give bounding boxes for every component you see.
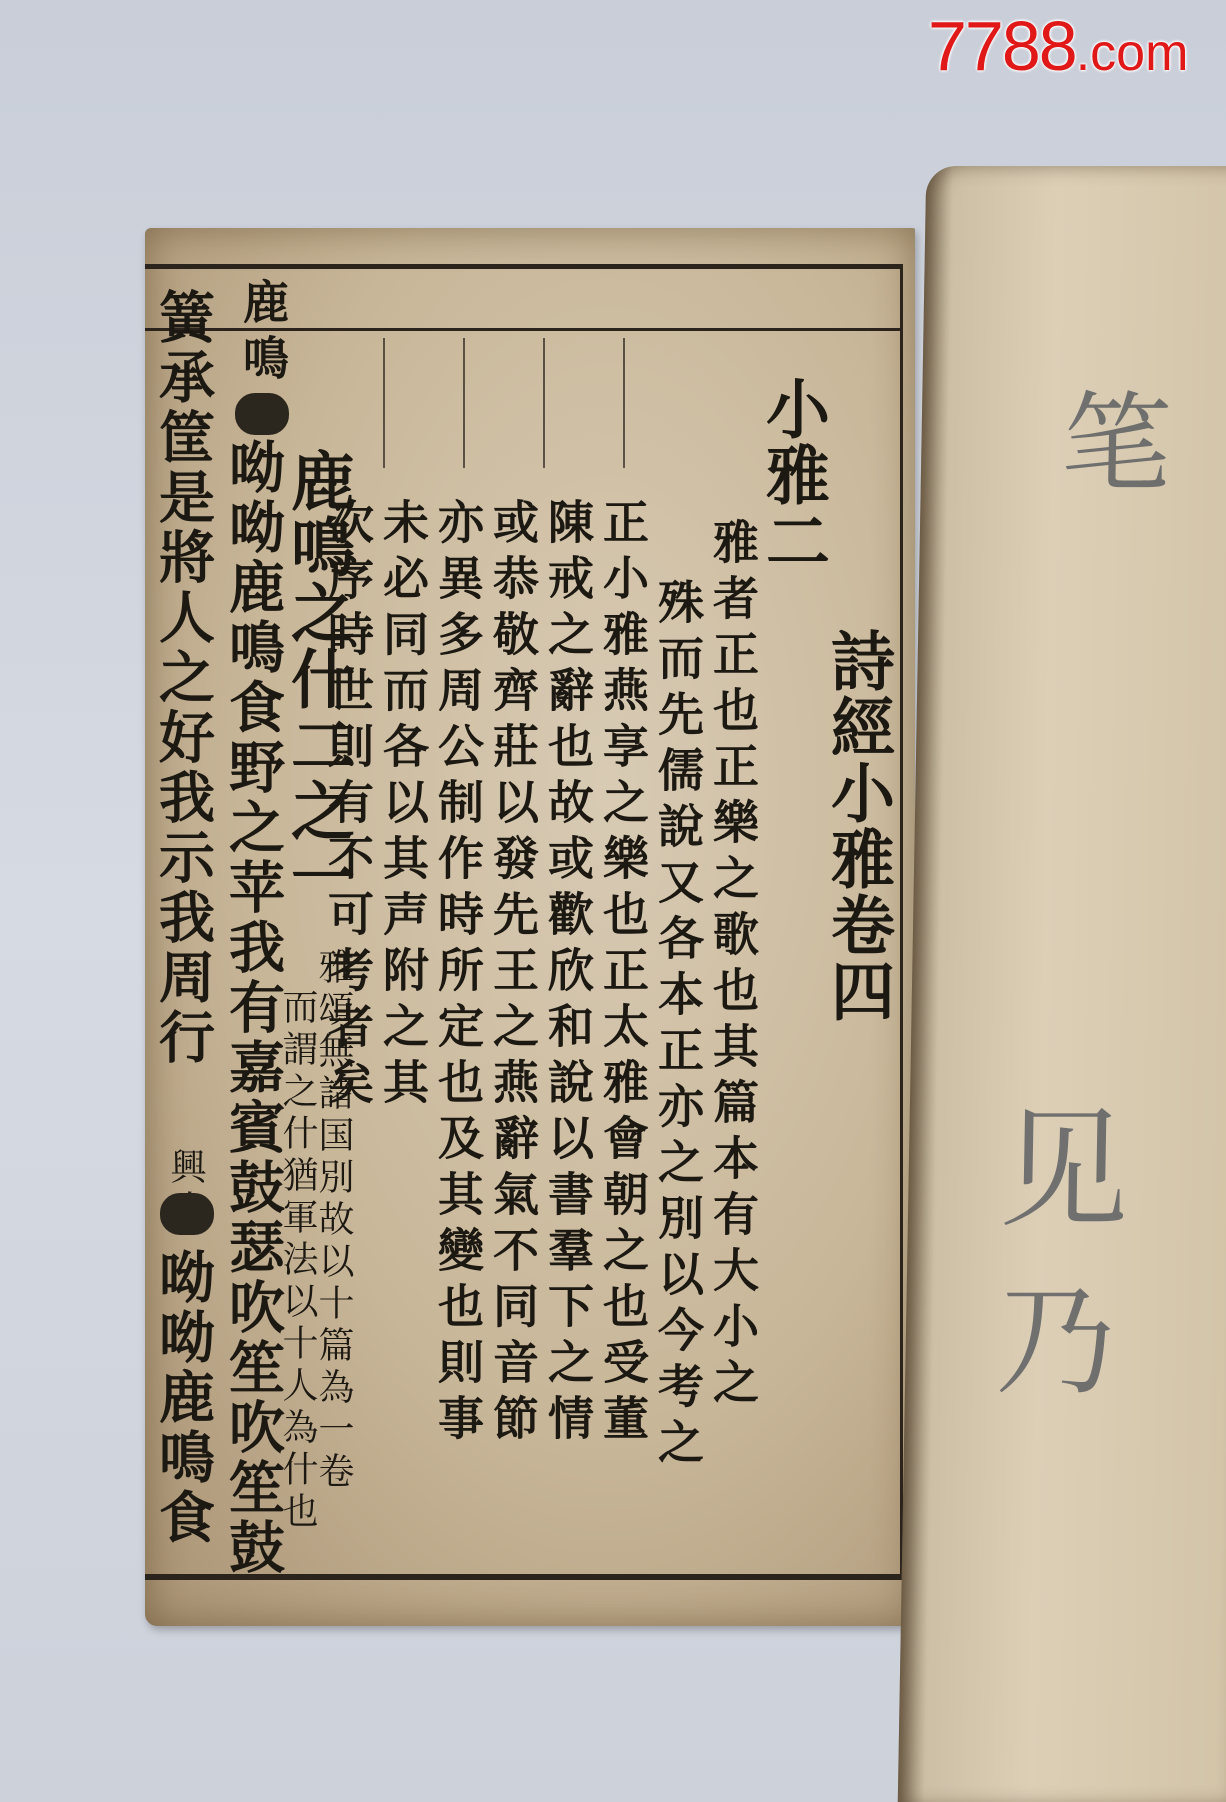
pencil-mark: 笔 xyxy=(1060,356,1173,514)
column-rule xyxy=(623,338,625,468)
column-rule xyxy=(543,338,545,468)
poem-column-1: 呦呦鹿鳴食野之苹我有嘉賓鼓瑟吹笙吹笙鼓 xyxy=(225,438,281,1578)
section-heading: 小雅二 xyxy=(760,376,824,574)
preface-column-1: 雅者正也正樂之歌也其篇本有大小之 xyxy=(710,518,756,1414)
pencil-mark: 见 xyxy=(997,1066,1130,1253)
preface-column-4: 陳戒之辭也故或歡欣和說以書羣下之情 xyxy=(545,498,591,1450)
right-page: 笔 见 乃 xyxy=(898,166,1226,1802)
preface-column-7: 未必同而各以其声附之其 xyxy=(380,498,426,1114)
margin-title: 鹿鳴 xyxy=(240,278,286,390)
preface-column-5: 或恭敬齊莊以發先王之燕辭氣不同音節 xyxy=(490,498,536,1450)
column-rule xyxy=(463,338,465,468)
preface-column-3: 正小雅燕享之樂也正太雅會朝之也受董 xyxy=(600,498,646,1450)
left-page: 詩經小雅卷四 小雅二 雅者正也正樂之歌也其篇本有大小之 殊而先儒說又各本正亦之別… xyxy=(145,228,915,1626)
circle-marker xyxy=(235,393,289,435)
column-rule xyxy=(383,338,385,468)
preface-column-2: 殊而先儒說又各本正亦之別以今考之 xyxy=(655,578,701,1474)
chapter-heading: 鹿鳴之什二之一 xyxy=(285,448,349,910)
watermark-domain: .com xyxy=(1076,24,1189,82)
site-watermark: 7788.com xyxy=(928,6,1188,86)
chapter-note-1: 雅頌無諸国別故以十篇為一卷 xyxy=(315,948,351,1494)
poem-column-2: 簧承筐是將人之好我示我周行 xyxy=(155,288,211,1068)
poem-column-3: 呦呦鹿鳴食 xyxy=(155,1248,211,1548)
preface-column-6: 亦異多周公制作時所定也及其變也則事 xyxy=(435,498,481,1450)
watermark-number: 7788 xyxy=(928,7,1076,85)
pencil-mark: 乃 xyxy=(994,1246,1117,1418)
circle-marker xyxy=(160,1193,214,1235)
book-title: 詩經小雅卷四 xyxy=(825,628,889,1024)
